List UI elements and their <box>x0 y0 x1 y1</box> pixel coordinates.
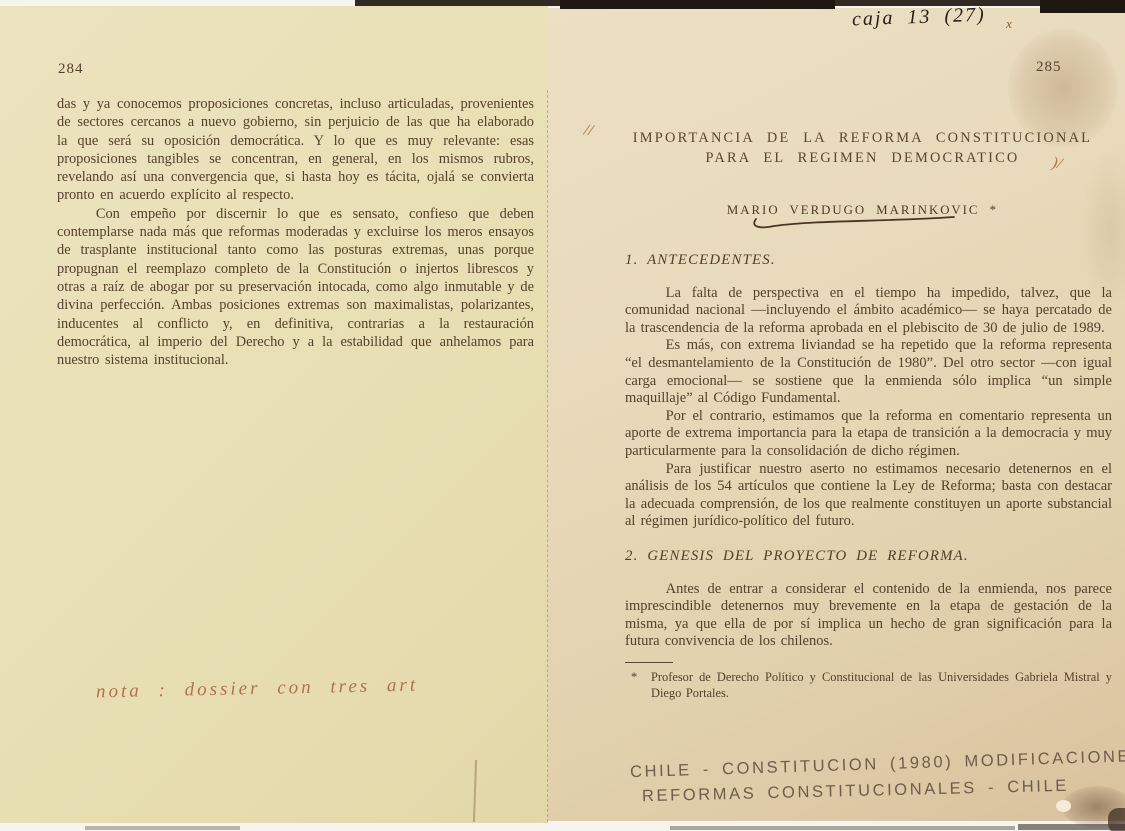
right-page-text-column: 1. ANTECEDENTES. La falta de perspectiva… <box>625 252 1112 701</box>
page-number-left: 284 <box>58 61 84 78</box>
scanner-edge-band <box>1040 0 1125 13</box>
author-underline-mark <box>748 214 960 232</box>
page-gutter-fold-line <box>547 90 548 822</box>
page-number-right: 285 <box>1036 59 1062 76</box>
footnote-rule <box>625 662 673 663</box>
footnote-text-content: Profesor de Derecho Político y Constituc… <box>651 670 1112 700</box>
scanned-spread: 284 das y ya conocemos proposiciones con… <box>0 0 1125 831</box>
paragraph: Por el contrario, estimamos que la refor… <box>625 408 1112 461</box>
handwritten-box-label: caja 13 (27) <box>852 4 986 32</box>
scanner-edge-band <box>1018 824 1125 830</box>
paragraph: Con empeño por discernir lo que es sensa… <box>57 205 534 370</box>
paragraph: Antes de entrar a considerar el contenid… <box>625 581 1112 651</box>
left-page-text-column: das y ya conocemos proposiciones concret… <box>57 95 534 369</box>
scanner-edge-band <box>560 0 835 9</box>
footnote-block: * Profesor de Derecho Político y Constit… <box>625 662 1112 701</box>
handwritten-corner-mark: x <box>1006 16 1012 32</box>
paragraph: La falta de perspectiva en el tiempo ha … <box>625 285 1112 338</box>
section-heading: 2. GENESIS DEL PROYECTO DE REFORMA. <box>625 548 1112 566</box>
footnote-text: * Profesor de Derecho Político y Constit… <box>625 669 1112 701</box>
footnote-marker: * <box>631 669 637 685</box>
paragraph: Para justificar nuestro aserto no estima… <box>625 461 1112 531</box>
section-heading: 1. ANTECEDENTES. <box>625 252 1112 270</box>
scanner-edge-band <box>670 826 1015 830</box>
paragraph: das y ya conocemos proposiciones concret… <box>57 95 534 205</box>
article-title-line2: PARA EL REGIMEN DEMOCRATICO <box>610 148 1115 168</box>
article-title-line1: IMPORTANCIA DE LA REFORMA CONSTITUCIONAL <box>610 128 1115 148</box>
paragraph: Es más, con extrema liviandad se ha repe… <box>625 337 1112 407</box>
paper-fleck <box>1056 800 1071 812</box>
scanner-edge-band <box>85 826 240 830</box>
article-title: IMPORTANCIA DE LA REFORMA CONSTITUCIONAL… <box>610 128 1115 168</box>
